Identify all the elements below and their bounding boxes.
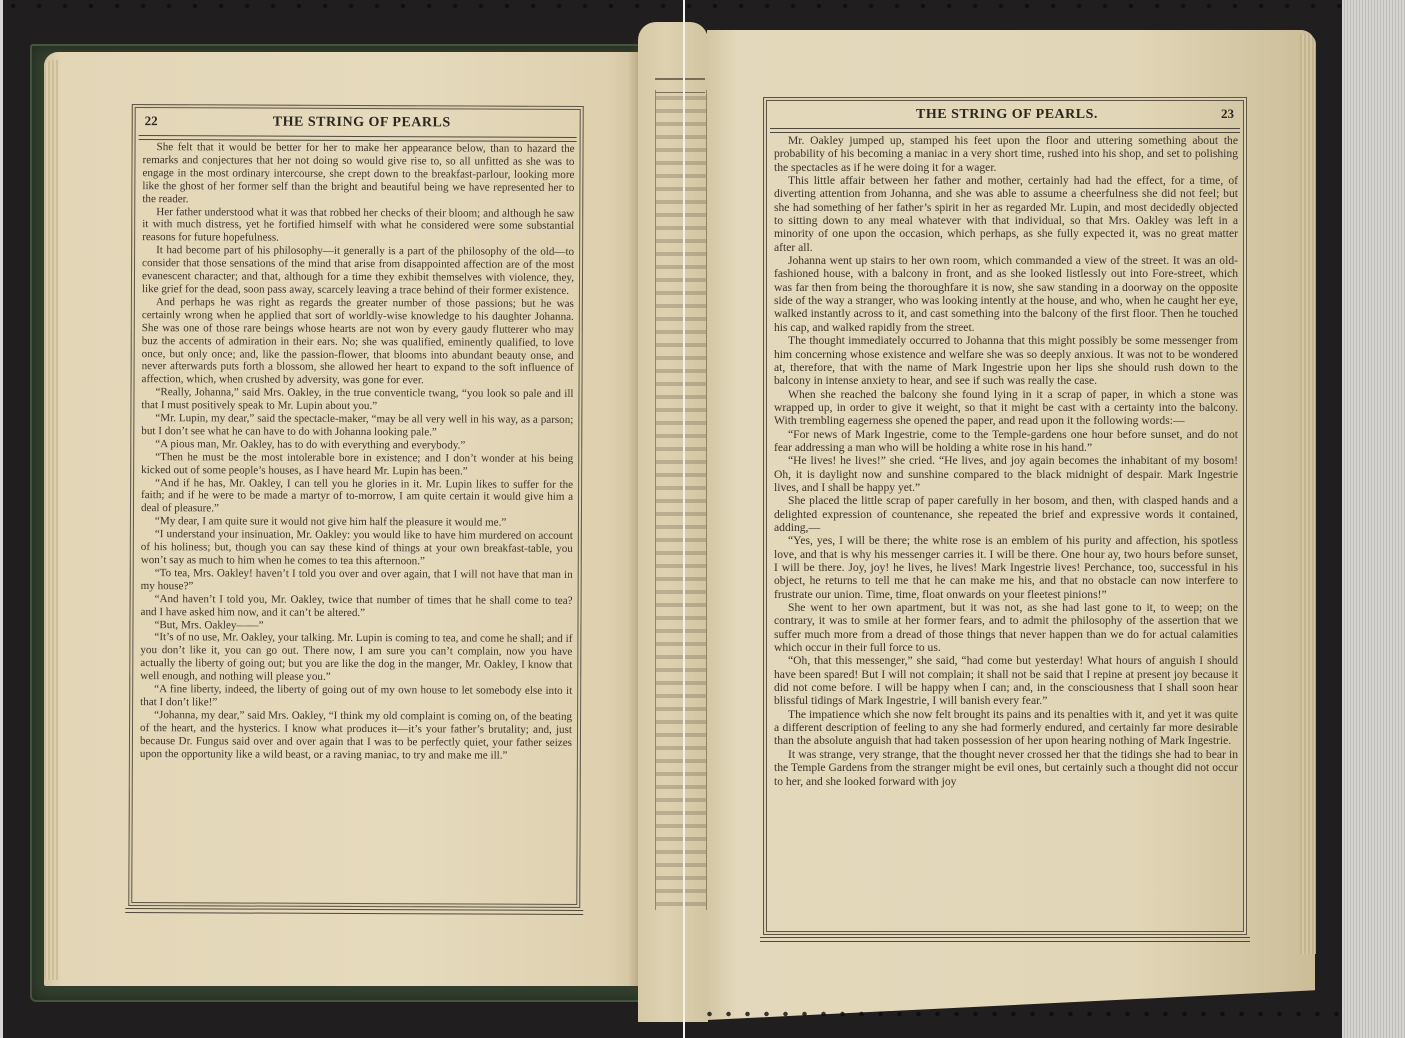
- paragraph: “I understand your insinuation, Mr. Oakl…: [141, 528, 573, 569]
- page-edges-left: [44, 60, 58, 980]
- paragraph: “He lives! he lives!” she cried. “He liv…: [774, 454, 1238, 494]
- scrollbar-track[interactable]: [1342, 0, 1405, 1038]
- paragraph: “Really, Johanna,” said Mrs. Oakley, in …: [141, 386, 573, 414]
- paragraph: This little affair between her father an…: [774, 174, 1238, 254]
- paragraph: “To tea, Mrs. Oakley! haven’t I told you…: [141, 567, 573, 595]
- paragraph: “Johanna, my dear,” said Mrs. Oakley, “I…: [140, 709, 572, 763]
- paragraph: “And if he has, Mr. Oakley, I can tell y…: [141, 477, 573, 518]
- paragraph: And perhaps he was right as regards the …: [142, 296, 574, 388]
- paragraph: It was strange, very strange, that the t…: [774, 748, 1238, 788]
- viewer-left-edge: [0, 0, 3, 1038]
- scan-background-texture-bottom: [700, 1008, 1342, 1020]
- paragraph: Mr. Oakley jumped up, stamped his feet u…: [774, 134, 1238, 174]
- paragraph: She felt that it would be better for her…: [142, 141, 574, 207]
- paragraph: The thought immediately occurred to Joha…: [774, 334, 1238, 387]
- running-head-title-left: THE STRING OF PEARLS: [273, 115, 451, 132]
- header-rule-right: [770, 128, 1240, 133]
- curled-leaf-show-through-text: [655, 90, 707, 910]
- running-head-right: THE STRING OF PEARLS. 23: [764, 106, 1246, 128]
- running-head-title-right: THE STRING OF PEARLS.: [916, 107, 1098, 123]
- text-block-left: 22 THE STRING OF PEARLS She felt that it…: [128, 104, 583, 908]
- text-block-right: THE STRING OF PEARLS. 23 Mr. Oakley jump…: [763, 97, 1247, 935]
- scan-background-texture: [0, 0, 1342, 12]
- paragraph: It had become part of his philosophy—it …: [142, 244, 574, 298]
- paragraph: She went to her own apartment, but it wa…: [774, 601, 1238, 654]
- paragraph: Her father understood what it was that r…: [142, 206, 574, 247]
- paragraph: When she reached the balcony she found l…: [774, 388, 1238, 428]
- paragraph: “And haven’t I told you, Mr. Oakley, twi…: [141, 593, 573, 621]
- running-head-left: 22 THE STRING OF PEARLS: [133, 113, 583, 137]
- paragraph: The impatience which she now felt brough…: [774, 708, 1238, 748]
- paragraph: “Mr. Lupin, my dear,” said the spectacle…: [141, 412, 573, 440]
- viewer-scrollbar[interactable]: [1342, 0, 1405, 1038]
- paragraph: “Yes, yes, I will be there; the white ro…: [774, 534, 1238, 601]
- body-text-left: She felt that it would be better for her…: [140, 141, 575, 762]
- paragraph: “For news of Mark Ingestrie, come to the…: [774, 428, 1238, 455]
- paragraph: “It’s of no use, Mr. Oakley, your talkin…: [140, 631, 572, 685]
- paragraph: “A fine liberty, indeed, the liberty of …: [140, 683, 572, 711]
- book-viewer[interactable]: 22 THE STRING OF PEARLS She felt that it…: [0, 0, 1342, 1038]
- page-number-right: 23: [1221, 106, 1234, 122]
- body-text-right: Mr. Oakley jumped up, stamped his feet u…: [774, 134, 1238, 788]
- paragraph: She placed the little scrap of paper car…: [774, 494, 1238, 534]
- footer-rule-right: [760, 937, 1250, 942]
- page-number-left: 22: [145, 113, 158, 129]
- image-seam-divider: [683, 0, 685, 1038]
- page-edges-right: [1300, 34, 1316, 954]
- paragraph: Johanna went up stairs to her own room, …: [774, 254, 1238, 334]
- paragraph: “Oh, that this messenger,” she said, “ha…: [774, 654, 1238, 707]
- paragraph: “Then he must be the most intolerable bo…: [141, 451, 573, 479]
